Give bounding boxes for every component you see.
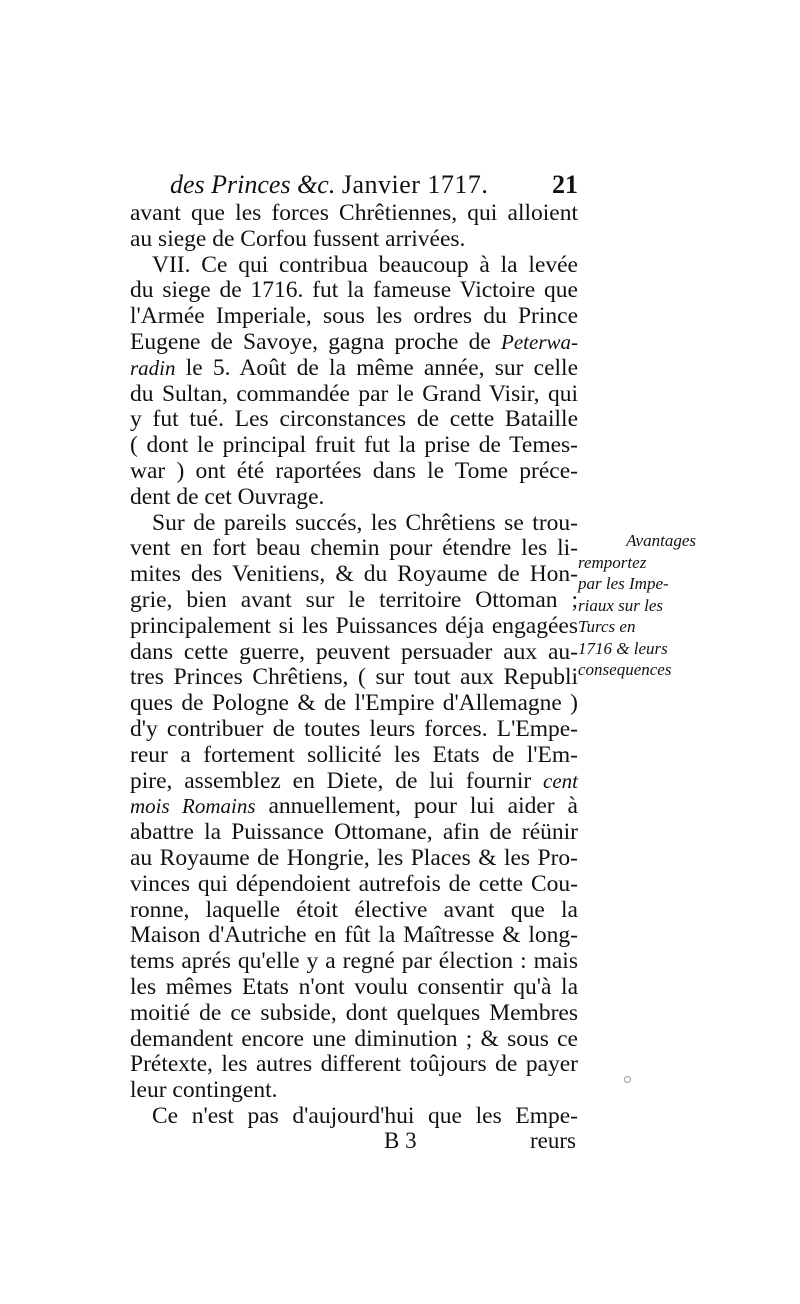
text-line: demandent encore une diminution ; & sous…: [130, 1027, 578, 1053]
text-line-content: avant que les forces Chrêtiennes, qui al…: [130, 200, 578, 226]
text-line: moitié de ce subside, dont quelques Memb…: [130, 1001, 578, 1027]
text-line-content: abattre la Puissance Ottomane, afin de r…: [130, 819, 578, 845]
marginal-note-line: consequences: [578, 659, 698, 681]
text-line: dans cette guerre, peuvent persuader aux…: [130, 640, 578, 666]
text-line: d'y contribuer de toutes leurs forces. L…: [130, 717, 578, 743]
text-line: les mêmes Etats n'ont voulu consentir qu…: [130, 975, 578, 1001]
italic-term: cent: [543, 769, 578, 793]
text-line-content: annuellement, pour lui aider à: [268, 793, 578, 819]
text-line-content: Prétexte, les autres different toûjours …: [130, 1051, 578, 1077]
text-line-content: pire, assemblez en Diete, de lui fournir: [130, 768, 531, 794]
marginal-note-line: Turcs en: [578, 616, 698, 638]
text-line: Maison d'Autriche en fût la Maîtresse & …: [130, 923, 578, 949]
text-line-content: y fut tué. Les circonstances de cette Ba…: [130, 406, 578, 432]
italic-term: Peterwa-: [501, 330, 578, 354]
running-title-text: des Princes &c.: [170, 170, 335, 199]
running-header: des Princes &c. Janvier 1717. 21: [130, 170, 578, 202]
text-line: Sur de pareils succés, les Chrêtiens se …: [130, 511, 578, 537]
text-line-content: les mêmes Etats n'ont voulu consentir qu…: [130, 974, 578, 1000]
italic-place-name: mois Romains: [130, 794, 256, 818]
text-line-content: ronne, laquelle étoit élective avant que…: [130, 897, 578, 923]
text-line-content: tems aprés qu'elle y a regné par électio…: [130, 948, 578, 974]
text-line: avant que les forces Chrêtiennes, qui al…: [130, 201, 578, 227]
text-line: radin le 5. Août de la même année, sur c…: [130, 356, 578, 382]
text-line: dent de cet Ouvrage.: [130, 485, 578, 511]
text-line: tres Princes Chrêtiens, ( sur tout aux R…: [130, 665, 578, 691]
text-line: mites des Venitiens, & du Royaume de Hon…: [130, 562, 578, 588]
text-line: au Royaume de Hongrie, les Places & les …: [130, 846, 578, 872]
marginal-note-line: 1716 & leurs: [578, 638, 698, 660]
running-title: des Princes &c. Janvier 1717.: [170, 170, 488, 200]
text-line: principalement si les Puissances déja en…: [130, 614, 578, 640]
text-line-content: Sur de pareils succés, les Chrêtiens se …: [152, 510, 578, 536]
text-line: Eugene de Savoye, gagna proche de Peterw…: [130, 330, 578, 356]
text-line-content: Maison d'Autriche en fût la Maîtresse & …: [130, 922, 578, 948]
text-line: vinces qui dépendoient autrefois de cett…: [130, 872, 578, 898]
marginal-note-line: par les Impe-: [578, 573, 698, 595]
text-line: pire, assemblez en Diete, de lui fournir…: [130, 769, 578, 795]
text-line-content: war ) ont été raportées dans le Tome pré…: [130, 458, 578, 484]
body-text: avant que les forces Chrêtiennes, qui al…: [130, 201, 578, 1130]
text-line: ( dont le principal fruit fut la prise d…: [130, 433, 578, 459]
italic-place-name: radin: [130, 356, 176, 380]
running-title-date: Janvier 1717.: [342, 170, 489, 199]
text-line: grie, bien avant sur le territoire Ottom…: [130, 588, 578, 614]
text-line-content: dent de cet Ouvrage.: [130, 484, 324, 510]
text-line: l'Armée Imperiale, sous les ordres du Pr…: [130, 304, 578, 330]
text-line-content: moitié de ce subside, dont quelques Memb…: [130, 1000, 578, 1026]
text-line-content: d'y contribuer de toutes leurs forces. L…: [130, 716, 578, 742]
text-line: ques de Pologne & de l'Empire d'Allemagn…: [130, 691, 578, 717]
text-line: reur a fortement sollicité les Etats de …: [130, 743, 578, 769]
catchword: reurs: [530, 1128, 576, 1154]
text-line-content: Eugene de Savoye, gagna proche de: [130, 329, 491, 355]
text-line-content: tres Princes Chrêtiens, ( sur tout aux R…: [130, 664, 578, 690]
text-line-content: l'Armée Imperiale, sous les ordres du Pr…: [130, 303, 578, 329]
signature-mark: B 3: [384, 1128, 417, 1154]
text-line-content: au Royaume de Hongrie, les Places & les …: [130, 845, 578, 871]
text-line: du siege de 1716. fut la fameuse Victoir…: [130, 278, 578, 304]
paper-speck: [624, 1076, 631, 1083]
text-line: Ce n'est pas d'aujourd'hui que les Empe-: [130, 1104, 578, 1130]
text-line-content: du siege de 1716. fut la fameuse Victoir…: [130, 277, 578, 303]
text-line: ronne, laquelle étoit élective avant que…: [130, 898, 578, 924]
marginal-note-line: Avantages: [578, 530, 698, 552]
text-line: au siege de Corfou fussent arrivées.: [130, 227, 578, 253]
text-line: mois Romains annuellement, pour lui aide…: [130, 794, 578, 820]
marginal-note: Avantagesremportezpar les Impe-riaux sur…: [578, 530, 698, 681]
text-line-content: demandent encore une diminution ; & sous…: [130, 1026, 578, 1052]
text-line-content: ( dont le principal fruit fut la prise d…: [130, 432, 578, 458]
text-line: du Sultan, commandée par le Grand Visir,…: [130, 382, 578, 408]
page-number: 21: [552, 170, 578, 200]
text-line: VII. Ce qui contribua beaucoup à la levé…: [130, 253, 578, 279]
marginal-note-line: remportez: [578, 552, 698, 574]
marginal-note-line: riaux sur les: [578, 595, 698, 617]
page-footer: B 3 reurs: [130, 1128, 578, 1158]
text-line-content: vent en fort beau chemin pour étendre le…: [130, 535, 578, 561]
text-line-content: mites des Venitiens, & du Royaume de Hon…: [130, 561, 578, 587]
text-line: war ) ont été raportées dans le Tome pré…: [130, 459, 578, 485]
text-line-content: le 5. Août de la même année, sur celle: [186, 355, 578, 381]
text-line: leur contingent.: [130, 1078, 578, 1104]
text-line-content: Ce n'est pas d'aujourd'hui que les Empe-: [152, 1103, 578, 1129]
text-line-content: dans cette guerre, peuvent persuader aux…: [130, 639, 578, 665]
text-line: vent en fort beau chemin pour étendre le…: [130, 536, 578, 562]
text-line: Prétexte, les autres different toûjours …: [130, 1052, 578, 1078]
text-line-content: leur contingent.: [130, 1077, 277, 1103]
text-line: tems aprés qu'elle y a regné par électio…: [130, 949, 578, 975]
text-line-content: ques de Pologne & de l'Empire d'Allemagn…: [130, 690, 578, 716]
text-line-content: vinces qui dépendoient autrefois de cett…: [130, 871, 578, 897]
text-line-content: au siege de Corfou fussent arrivées.: [130, 226, 465, 252]
text-line: abattre la Puissance Ottomane, afin de r…: [130, 820, 578, 846]
text-line-content: grie, bien avant sur le territoire Ottom…: [130, 587, 578, 613]
text-line-content: principalement si les Puissances déja en…: [130, 613, 578, 639]
text-line: y fut tué. Les circonstances de cette Ba…: [130, 407, 578, 433]
text-line-content: VII. Ce qui contribua beaucoup à la levé…: [152, 252, 578, 278]
text-line-content: du Sultan, commandée par le Grand Visir,…: [130, 381, 578, 407]
text-line-content: reur a fortement sollicité les Etats de …: [130, 742, 578, 768]
book-page: des Princes &c. Janvier 1717. 21 avant q…: [0, 0, 800, 1304]
